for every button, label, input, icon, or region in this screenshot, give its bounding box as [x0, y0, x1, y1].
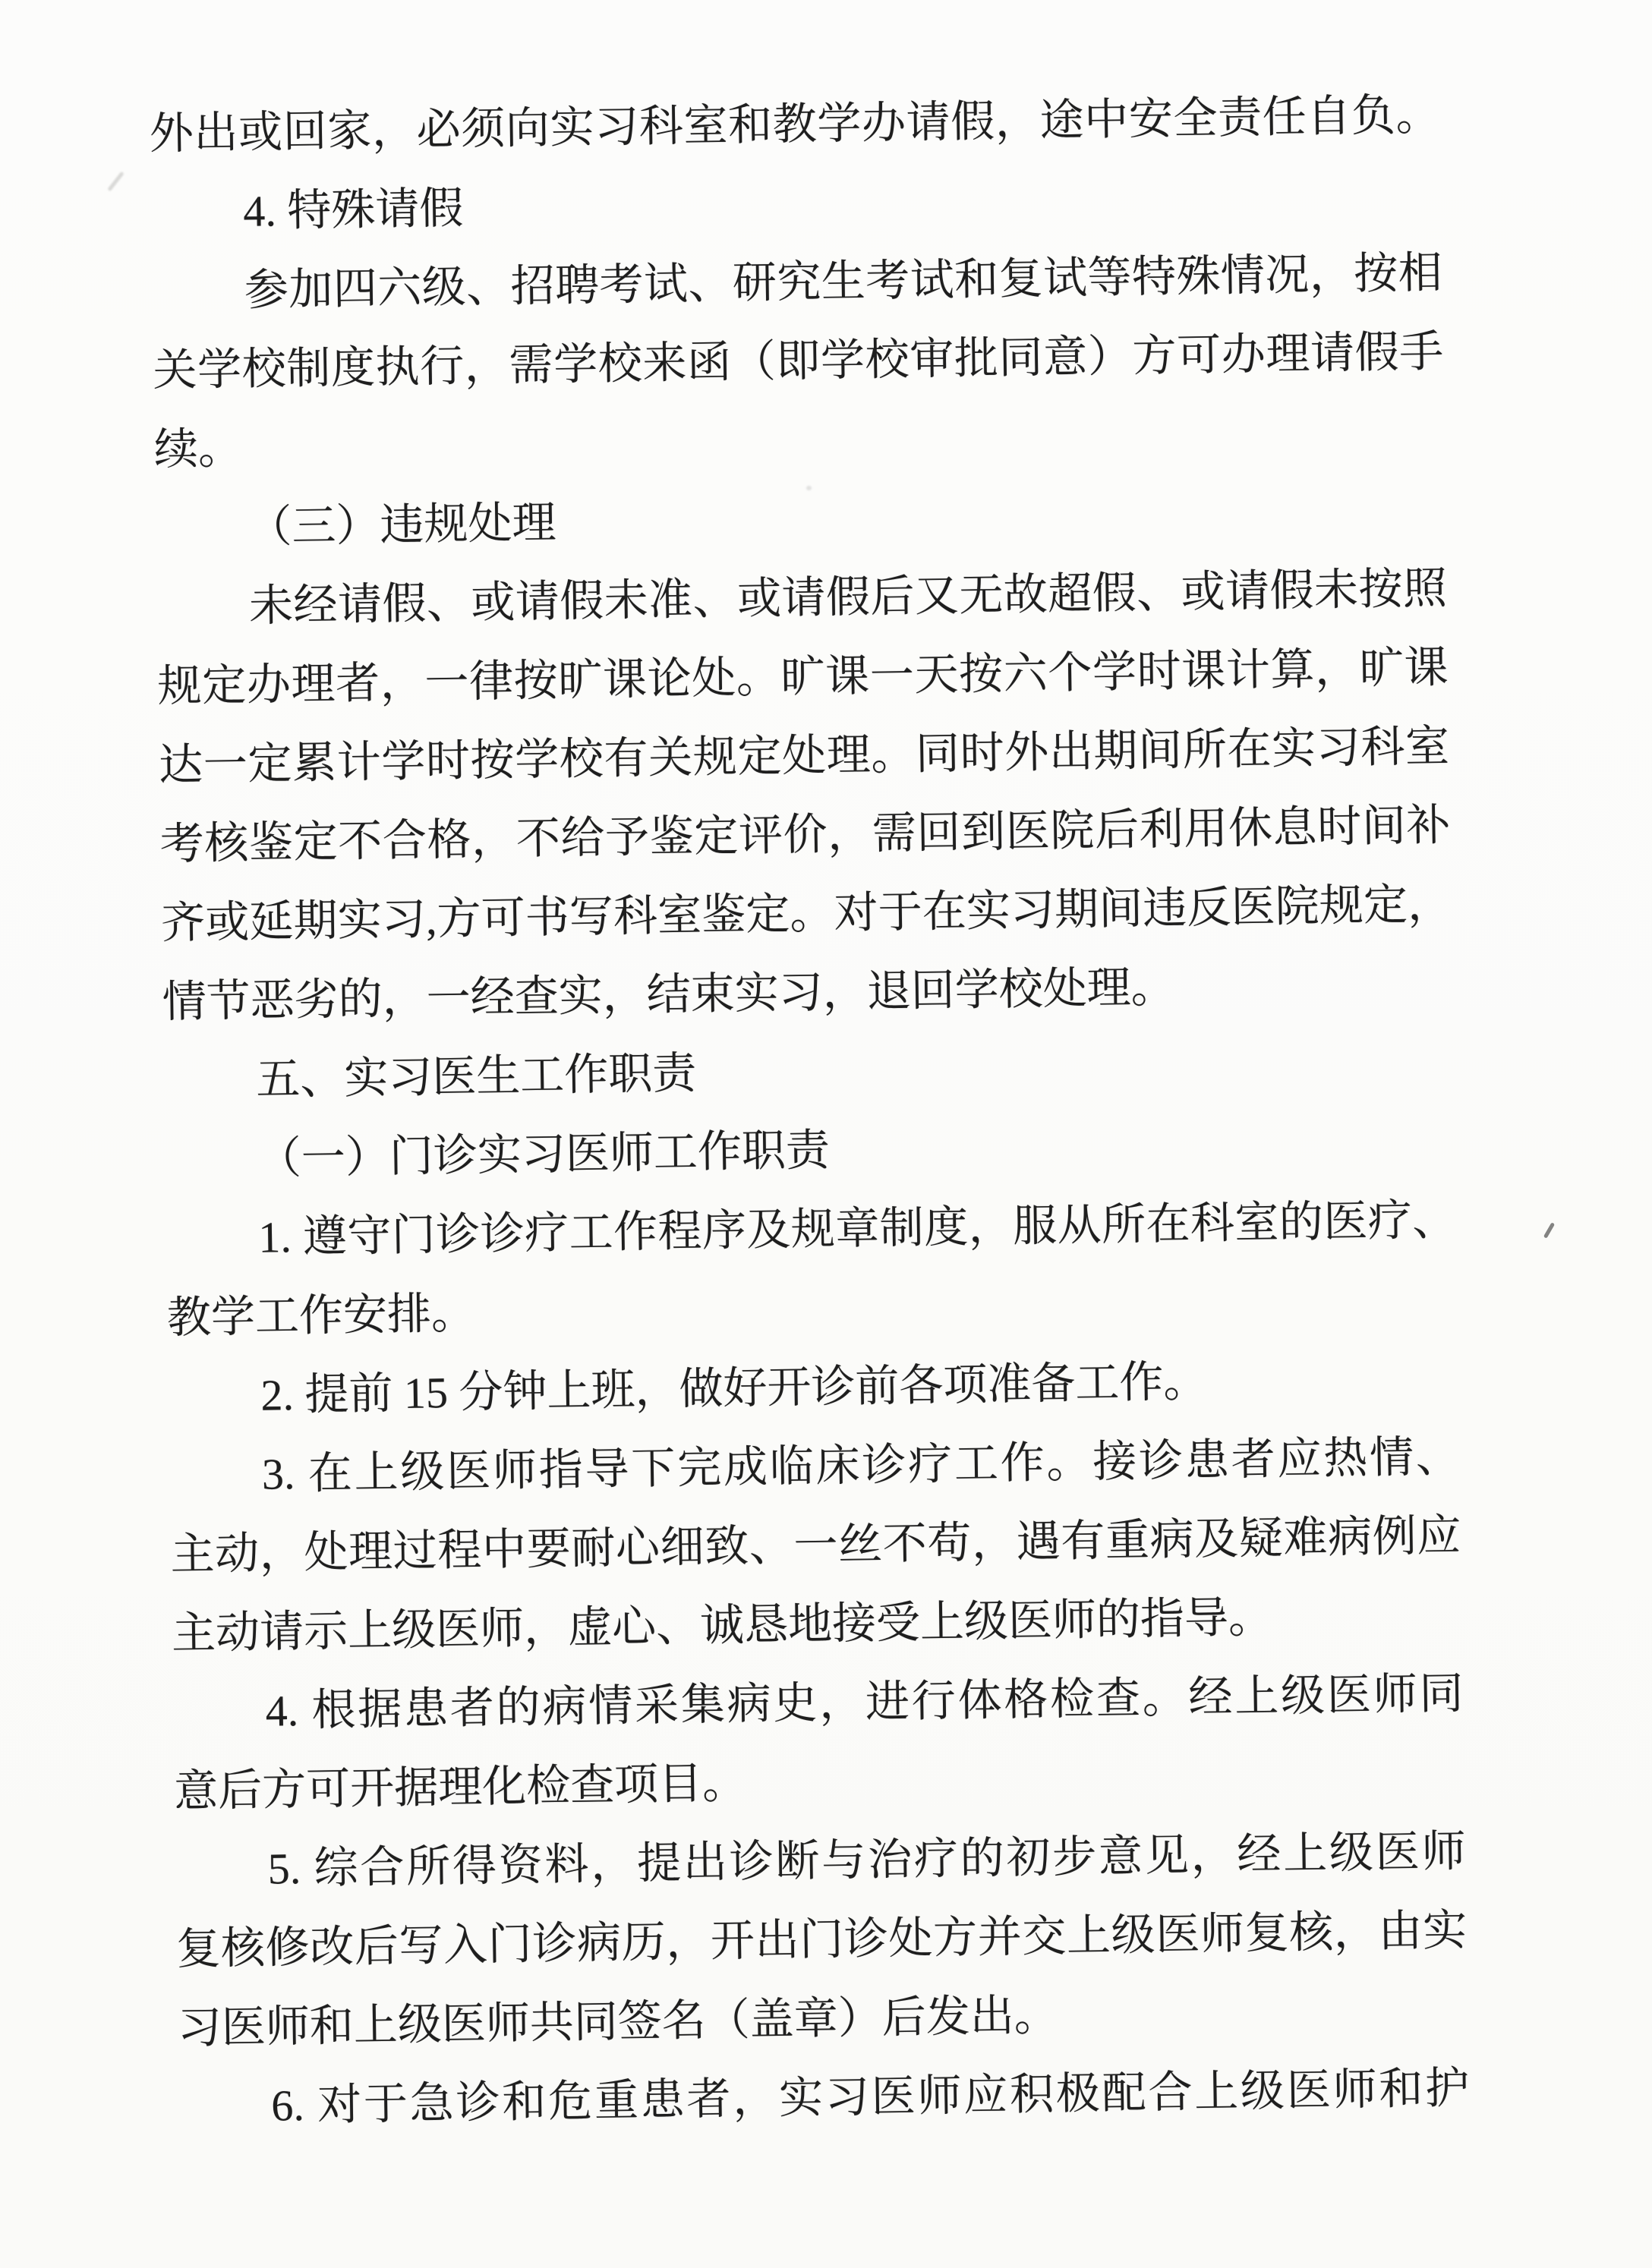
scanned-document-page: 外出或回家，必须向实习科室和教学办请假，途中安全责任自负。4. 特殊请假参加四六…: [0, 0, 1652, 2268]
ink-tick-mark: [1543, 1222, 1555, 1239]
paper-speck-mark: [806, 486, 812, 490]
faint-smudge-mark: [107, 172, 124, 192]
document-text-block: 外出或回家，必须向实习科室和教学办请假，途中安全责任自负。4. 特殊请假参加四六…: [149, 76, 1470, 2147]
